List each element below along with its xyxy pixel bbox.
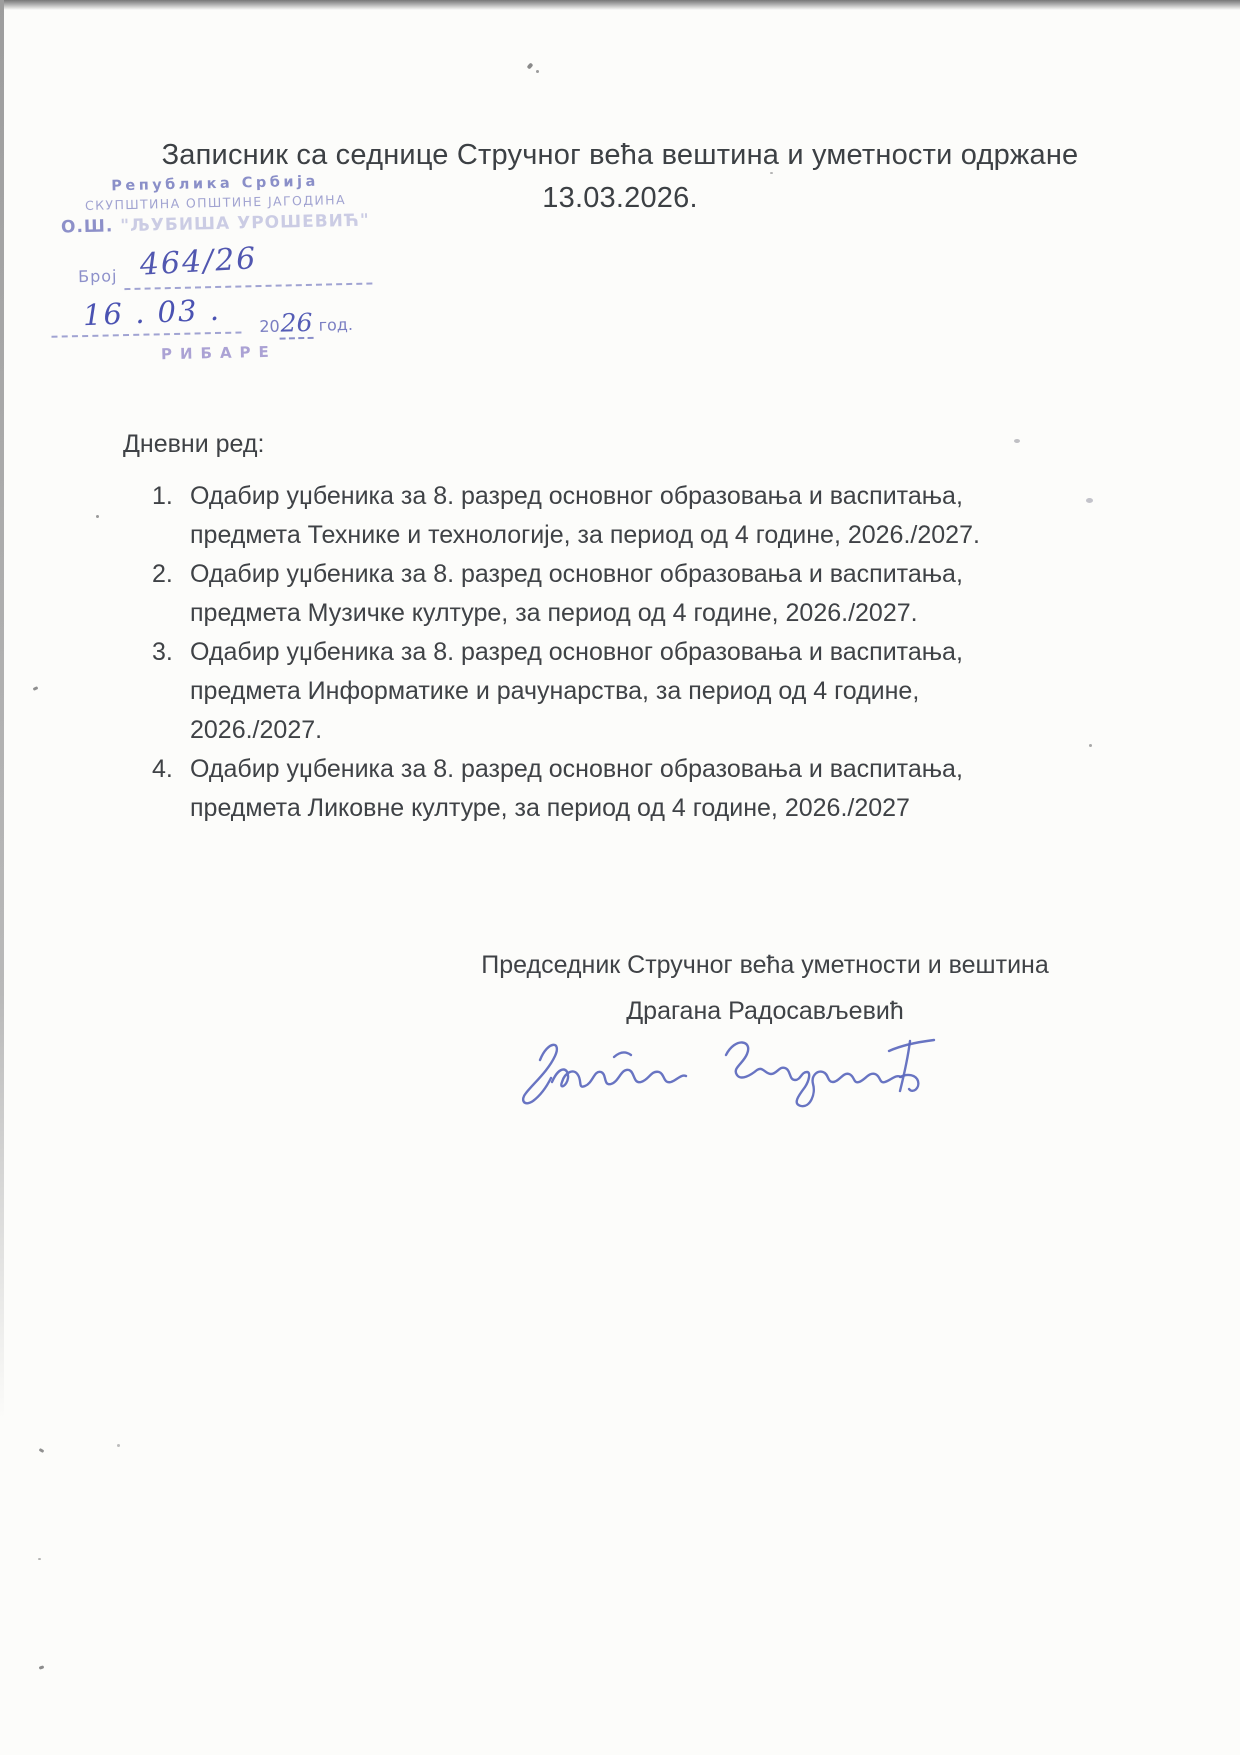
scan-speck bbox=[39, 1448, 45, 1453]
stamp-year-handwritten: 26 bbox=[279, 308, 314, 340]
agenda-item-line: 2026./2027. bbox=[190, 711, 1044, 750]
handwritten-signature bbox=[510, 1028, 965, 1126]
agenda-heading: Дневни ред: bbox=[123, 430, 264, 459]
stamp-number-label: Број bbox=[78, 266, 118, 286]
agenda-item-line: предмета Технике и технологије, за перио… bbox=[190, 516, 1044, 555]
title-date: 13.03.2026. bbox=[542, 182, 697, 214]
scan-speck bbox=[38, 1558, 41, 1560]
stamp-date-handwritten: 16 . 03 . bbox=[82, 293, 221, 333]
stamp-year: 2026 год. bbox=[259, 307, 353, 338]
scan-speck bbox=[536, 70, 539, 73]
signature-stroke-crossbar bbox=[889, 1040, 934, 1051]
stamp-date-row: 16 . 03 . 2026 год. bbox=[63, 290, 374, 343]
signature-role: Председник Стручног већа уметности и веш… bbox=[380, 951, 1150, 980]
scan-speck bbox=[527, 62, 534, 69]
scan-edge-top bbox=[0, 0, 1240, 10]
agenda-item-text: Одабир уџбеника за 8. разред основног об… bbox=[190, 555, 1044, 633]
stamp-number-dashes bbox=[124, 282, 372, 290]
agenda-item-line: Одабир уџбеника за 8. разред основног об… bbox=[190, 555, 1044, 594]
agenda-item-line: предмета Ликовне културе, за период од 4… bbox=[190, 789, 1044, 828]
agenda-item-text: Одабир уџбеника за 8. разред основног об… bbox=[190, 477, 1044, 555]
scan-speck bbox=[1086, 498, 1093, 503]
agenda-item-4: 4. Одабир уџбеника за 8. разред основног… bbox=[152, 750, 1044, 828]
document-title: Записник са седнице Стручног већа вештин… bbox=[0, 134, 1240, 220]
scan-speck bbox=[770, 172, 773, 174]
agenda-item-1: 1. Одабир уџбеника за 8. разред основног… bbox=[152, 477, 1044, 555]
scan-speck bbox=[1014, 439, 1020, 443]
agenda-item-line: Одабир уџбеника за 8. разред основног об… bbox=[190, 750, 1044, 789]
signature-block: Председник Стручног већа уметности и веш… bbox=[380, 951, 1150, 1026]
scan-speck bbox=[33, 686, 39, 691]
agenda-item-text: Одабир уџбеника за 8. разред основног об… bbox=[190, 633, 1044, 750]
stamp-year-prefix: 20 bbox=[259, 317, 280, 336]
signature-stroke-hat bbox=[614, 1052, 631, 1057]
scan-speck bbox=[117, 1444, 120, 1447]
stamp-number-handwritten: 464/26 bbox=[139, 241, 258, 283]
scan-speck bbox=[96, 515, 99, 518]
signature-name: Драгана Радосављевић bbox=[380, 997, 1150, 1026]
scanned-document-page: Записник са седнице Стручног већа вештин… bbox=[0, 0, 1240, 1755]
agenda-item-line: предмета Музичке културе, за период од 4… bbox=[190, 594, 1044, 633]
stamp-year-suffix: год. bbox=[318, 315, 353, 335]
stamp-number-row: Број 464/26 bbox=[62, 246, 373, 297]
signature-stroke-word1 bbox=[552, 1070, 686, 1087]
agenda-item-number: 2. bbox=[152, 555, 190, 594]
agenda-list: 1. Одабир уџбеника за 8. разред основног… bbox=[152, 477, 1044, 828]
agenda-item-3: 3. Одабир уџбеника за 8. разред основног… bbox=[152, 633, 1044, 750]
signature-stroke-final bbox=[900, 1041, 910, 1091]
scan-speck bbox=[39, 1665, 45, 1670]
agenda-item-2: 2. Одабир уџбеника за 8. разред основног… bbox=[152, 555, 1044, 633]
agenda-item-number: 1. bbox=[152, 477, 190, 516]
stamp-date-dashes bbox=[51, 331, 241, 337]
agenda-item-line: Одабир уџбеника за 8. разред основног об… bbox=[190, 477, 1044, 516]
scan-speck bbox=[1089, 744, 1092, 747]
stamp-place-line: РИБАРЕ bbox=[64, 340, 374, 365]
signature-stroke-word2 bbox=[726, 1042, 901, 1106]
agenda-item-number: 4. bbox=[152, 750, 190, 789]
signature-stroke-initial bbox=[523, 1045, 557, 1103]
agenda-item-text: Одабир уџбеника за 8. разред основног об… bbox=[190, 750, 1044, 828]
agenda-item-line: предмета Информатике и рачунарства, за п… bbox=[190, 672, 1044, 711]
agenda-item-number: 3. bbox=[152, 633, 190, 672]
title-line-1: Записник са седнице Стручног већа вештин… bbox=[162, 139, 1079, 171]
agenda-item-line: Одабир уџбеника за 8. разред основног об… bbox=[190, 633, 1044, 672]
